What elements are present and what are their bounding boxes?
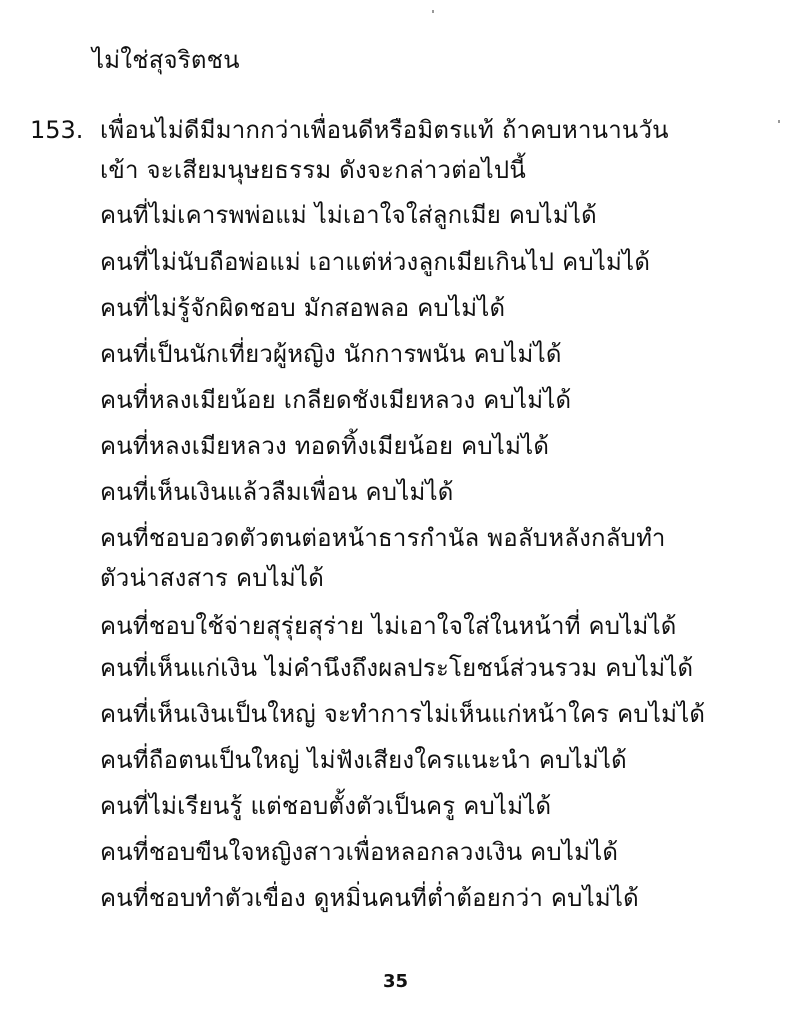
list-item: คนที่ไม่เคารพพ่อแม่ ไม่เอาใจใส่ลูกเมีย ค…: [100, 199, 597, 231]
list-item: คนที่หลงเมียหลวง ทอดทิ้งเมียน้อย คบไม่ได…: [100, 430, 549, 462]
list-item: คนที่หลงเมียน้อย เกลียดชังเมียหลวง คบไม่…: [100, 384, 571, 416]
item-lead-line-1: เพื่อนไม่ดีมีมากกว่าเพื่อนดีหรือมิตรแท้ …: [100, 114, 669, 146]
item-number: 153.: [30, 114, 83, 146]
list-item: คนที่ไม่เรียนรู้ แต่ชอบตั้งตัวเป็นครู คบ…: [100, 790, 551, 822]
scan-speck: [778, 120, 780, 123]
list-item: คนที่เป็นนักเที่ยวผู้หญิง นักการพนัน คบไ…: [100, 338, 562, 370]
list-item: คนที่เห็นเงินแล้วลืมเพื่อน คบไม่ได้: [100, 476, 454, 508]
scan-speck: [432, 10, 434, 13]
list-item: คนที่ชอบใช้จ่ายสุรุ่ยสุร่าย ไม่เอาใจใส่ใ…: [100, 610, 677, 642]
list-item: คนที่ถือตนเป็นใหญ่ ไม่ฟังเสียงใครแนะนำ ค…: [100, 744, 627, 776]
list-item: คนที่ชอบทำตัวเขื่อง ดูหมิ่นคนที่ต่ำต้อยก…: [100, 882, 639, 914]
page-number: 35: [0, 970, 791, 994]
list-item: คนที่เห็นเงินเป็นใหญ่ จะทำการไม่เห็นแก่ห…: [100, 698, 705, 730]
list-item-continuation: ตัวน่าสงสาร คบไม่ได้: [100, 562, 324, 594]
list-item: คนที่เห็นแก่เงิน ไม่คำนึงถึงผลประโยชน์ส่…: [100, 652, 693, 684]
list-item: คนที่ไม่นับถือพ่อแม่ เอาแต่ห่วงลูกเมียเก…: [100, 246, 650, 278]
list-item: คนที่ไม่รู้จักผิดชอบ มักสอพลอ คบไม่ได้: [100, 292, 505, 324]
list-item: คนที่ชอบขืนใจหญิงสาวเพื่อหลอกลวงเงิน คบไ…: [100, 836, 618, 868]
intro-line: ไม่ใช่สุจริตชน: [92, 44, 240, 76]
item-lead-line-2: เข้า จะเสียมนุษยธรรม ดังจะกล่าวต่อไปนี้: [100, 154, 526, 186]
list-item: คนที่ชอบอวดตัวตนต่อหน้าธารกำนัล พอลับหลั…: [100, 522, 666, 554]
